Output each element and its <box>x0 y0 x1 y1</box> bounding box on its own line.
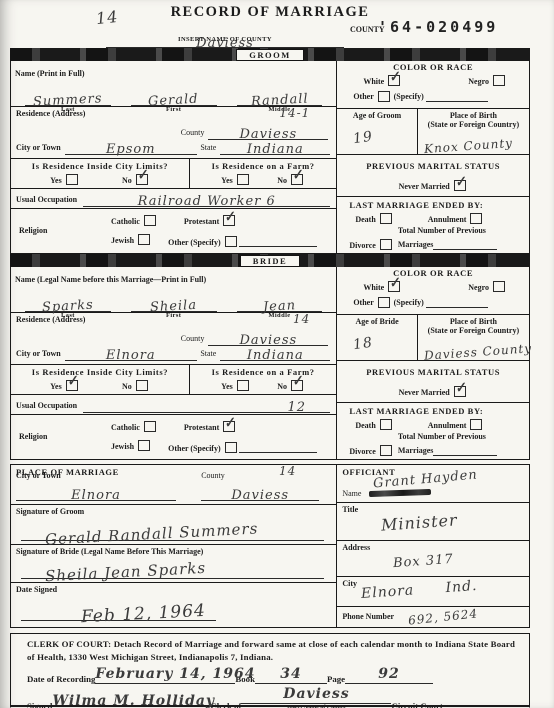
death-label: Death <box>355 215 375 224</box>
groom-signature-row: Signature of Groom Gerald Randall Summer… <box>11 505 336 545</box>
groom-jewish-checkbox <box>138 234 150 245</box>
bride-jewish-checkbox <box>138 440 150 451</box>
marriage-city-line: Elnora <box>16 487 176 501</box>
groom-state-value: Indiana <box>247 142 304 157</box>
color-or-race-header: COLOR OR RACE <box>337 269 529 278</box>
annulment-label: Annulment <box>428 215 467 224</box>
other-specify-label: Other (Specify) <box>168 238 221 247</box>
negro-label: Negro <box>468 283 489 292</box>
book-line: 34 <box>255 668 327 684</box>
state-label: State <box>200 143 216 152</box>
bride-signature-line: Sheila Jean Sparks <box>21 561 324 579</box>
bride-annulment-checkbox <box>470 419 482 430</box>
groom-city-line: Epsom <box>65 141 197 155</box>
groom-state-line: Indiana <box>220 141 330 155</box>
page-line: 92 <box>345 668 433 684</box>
bride-age-birth-row: Age of Bride 18 Place of Birth (State or… <box>337 315 529 361</box>
marriage-county-line: Daviess <box>201 487 319 501</box>
yes-label: Yes <box>50 176 62 185</box>
place-of-birth-sublabel: (State or Foreign Country) <box>418 327 529 336</box>
occupation-label: Usual Occupation <box>16 402 77 411</box>
county-label: County <box>181 128 205 137</box>
clerk-county-stack: Daviess Insert Name of County <box>241 688 391 708</box>
bride-other-race-line <box>426 294 488 308</box>
groom-religion-row: Religion Catholic Protestant ✓ Jewish Ot… <box>11 209 336 253</box>
no-label: No <box>122 382 132 391</box>
protestant-label: Protestant <box>184 217 219 226</box>
date-signed-line: Feb 12, 1964 <box>21 601 216 621</box>
groom-race-row: COLOR OR RACE White ✓ Negro Other (Speci… <box>337 61 529 109</box>
recording-date-value: February 14, 1964 <box>95 666 255 682</box>
date-signed-value: Feb 12, 1964 <box>81 603 207 627</box>
city-or-town-label: City or Town <box>16 471 61 480</box>
residence-label: Residence (Address) <box>16 110 85 119</box>
groom-first-name: Gerald <box>148 93 199 109</box>
page-label: Page <box>327 674 345 684</box>
last-marriage-header: LAST MARRIAGE ENDED BY: <box>349 407 521 416</box>
groom-signature: Gerald Randall Summers <box>45 521 259 547</box>
groom-other-religion-line <box>239 233 317 247</box>
city-or-town-label: City or Town <box>16 349 61 358</box>
catholic-label: Catholic <box>111 423 140 432</box>
signed-label: Signed <box>27 701 52 708</box>
phone-number-label: Phone Number <box>342 613 394 622</box>
groom-never-married-checkbox: ✓ <box>454 180 466 191</box>
recording-line: Date of Recording February 14, 1964 Book… <box>27 668 517 684</box>
white-label: White <box>363 283 384 292</box>
no-label: No <box>122 176 132 185</box>
marriage-section: PLACE OF MARRIAGE 14 City or Town Elnora… <box>10 464 530 628</box>
city-limits-question: Is Residence Inside City Limits? <box>15 368 185 377</box>
groom-other-religion-checkbox <box>225 236 237 247</box>
jewish-label: Jewish <box>111 236 134 245</box>
bride-state-value: Indiana <box>247 348 304 363</box>
date-signed-label: Date Signed <box>16 586 57 595</box>
clerk-signature-value: Wilma M. Holliday <box>52 693 215 708</box>
bride-residence-row: Residence (Address) 14 County Daviess Ci… <box>11 313 336 365</box>
book-value: 34 <box>280 666 301 682</box>
total-previous-label: Total Number of Previous <box>398 432 486 441</box>
signature-of-groom-label: Signature of Groom <box>16 508 84 517</box>
groom-occupation-value: Railroad Worker 6 <box>138 194 276 209</box>
groom-last-marriage-row: LAST MARRIAGE ENDED BY: Death Annulment … <box>337 197 529 253</box>
groom-divorce-checkbox <box>380 239 392 250</box>
other-specify-label: Other (Specify) <box>168 444 221 453</box>
bride-middle-name: Jean <box>263 299 297 314</box>
handwritten-county-number: 14 <box>95 9 119 27</box>
recording-date-line: February 14, 1964 <box>95 668 235 684</box>
city-or-town-label: City or Town <box>16 143 61 152</box>
place-of-birth-sublabel: (State or Foreign Country) <box>418 121 529 130</box>
bride-city-line: Elnora <box>65 347 197 361</box>
bride-birthplace-value: Daviess County <box>424 342 533 362</box>
bride-city-limits-no-checkbox <box>136 380 148 391</box>
bride-occupation-line: 12 <box>83 399 330 413</box>
groom-county-code: 14-1 <box>279 107 310 119</box>
officiant-title-row: Title Minister <box>337 503 529 541</box>
bride-state-line: Indiana <box>220 347 330 361</box>
signed-line: Signed Wilma M. Holliday Clerk of Davies… <box>27 688 517 708</box>
officiant-city-value: Elnora Ind. <box>361 579 478 601</box>
bride-religion-row: Religion Catholic Protestant ✓ Jewish Ot… <box>11 415 336 459</box>
officiant-name-row: OFFICIANT Grant Hayden Name <box>337 465 529 503</box>
officiant-address-value: Box 317 <box>393 553 454 570</box>
never-married-label: Never Married <box>399 388 450 397</box>
groom-catholic-checkbox <box>144 215 156 226</box>
bride-race-row: COLOR OR RACE White ✓ Negro Other (Speci… <box>337 267 529 315</box>
religion-label: Religion <box>11 209 83 253</box>
clerk-of-court-section: CLERK OF COURT: Detach Record of Marriag… <box>10 633 530 708</box>
color-or-race-header: COLOR OR RACE <box>337 63 529 72</box>
bride-bar-label: BRIDE <box>240 255 300 267</box>
specify-label: (Specify) <box>394 299 424 308</box>
bride-name-label: Name (Legal Name before this Marriage—Pr… <box>15 275 206 284</box>
groom-age-birth-row: Age of Groom 19 Place of Birth (State or… <box>337 109 529 155</box>
death-label: Death <box>355 421 375 430</box>
age-of-groom-label: Age of Groom <box>337 112 416 121</box>
officiant-title-label: Title <box>342 506 358 515</box>
groom-occupation-line: Railroad Worker 6 <box>83 193 330 207</box>
bride-divorce-checkbox <box>380 445 392 456</box>
farm-question: Is Residence on a Farm? <box>194 162 332 171</box>
previous-marital-status-header: PREVIOUS MARITAL STATUS <box>337 162 529 171</box>
bride-death-checkbox <box>380 419 392 430</box>
bride-city-limits-yes-checkbox: ✓ <box>66 380 78 391</box>
specify-label: (Specify) <box>394 93 424 102</box>
state-label: State <box>200 349 216 358</box>
scribbled-out-text <box>369 489 431 497</box>
officiant-title-value: Minister <box>381 512 459 533</box>
yes-label: Yes <box>50 382 62 391</box>
groom-age-value: 19 <box>337 123 418 148</box>
phone-number-value: 692, 5624 <box>408 607 479 626</box>
place-of-marriage-row: PLACE OF MARRIAGE 14 City or Town Elnora… <box>11 465 336 505</box>
officiant-address-label: Address <box>342 544 370 553</box>
farm-question: Is Residence on a Farm? <box>194 368 332 377</box>
insert-county-sublabel: Insert Name of County <box>241 705 391 708</box>
city-limits-question: Is Residence Inside City Limits? <box>15 162 185 171</box>
last-marriage-header: LAST MARRIAGE ENDED BY: <box>349 201 521 210</box>
catholic-label: Catholic <box>111 217 140 226</box>
divorce-label: Divorce <box>349 447 376 456</box>
bride-city-value: Elnora <box>106 348 156 363</box>
groom-death-checkbox <box>380 213 392 224</box>
bride-never-married-checkbox: ✓ <box>454 386 466 397</box>
officiant-address-row: Address Box 317 <box>337 541 529 577</box>
never-married-label: Never Married <box>399 182 450 191</box>
yes-label: Yes <box>221 176 233 185</box>
marriages-label: Marriages <box>398 446 434 455</box>
bride-age-value: 18 <box>337 329 418 354</box>
no-label: No <box>277 382 287 391</box>
groom-negro-checkbox <box>493 75 505 86</box>
groom-city-limits-yes-checkbox <box>66 174 78 185</box>
groom-protestant-checkbox: ✓ <box>223 215 235 226</box>
bride-name-row: Name (Legal Name before this Marriage—Pr… <box>11 267 336 313</box>
age-of-bride-label: Age of Bride <box>337 318 416 327</box>
groom-birthplace-value: Knox County <box>424 137 514 155</box>
bride-farm-no-checkbox: ✓ <box>291 380 303 391</box>
groom-white-checkbox: ✓ <box>388 75 400 86</box>
bride-occupation-value: 12 <box>287 400 306 415</box>
total-previous-label: Total Number of Previous <box>398 226 486 235</box>
groom-city-value: Epsom <box>106 142 156 157</box>
groom-other-race-checkbox <box>378 91 390 102</box>
groom-total-marriages-line <box>433 236 497 250</box>
clerk-signature-line: Wilma M. Holliday <box>52 695 210 708</box>
officiant-city-label: City <box>342 580 357 589</box>
groom-residence-questions: Is Residence Inside City Limits? Yes No … <box>11 159 336 189</box>
marriage-county-value: Daviess <box>231 488 289 503</box>
county-label: County <box>201 471 225 480</box>
annulment-label: Annulment <box>428 421 467 430</box>
groom-occupation-row: Usual Occupation Railroad Worker 6 <box>11 189 336 209</box>
bride-first-name: Sheila <box>150 299 198 314</box>
bride-negro-checkbox <box>493 281 505 292</box>
signature-of-bride-label: Signature of Bride (Legal Name Before Th… <box>16 548 203 557</box>
residence-label: Residence (Address) <box>16 316 85 325</box>
groom-marital-status-row: PREVIOUS MARITAL STATUS Never Married ✓ <box>337 155 529 197</box>
other-label: Other <box>353 299 373 308</box>
bride-total-marriages-line <box>433 442 497 456</box>
clerk-county-line: Daviess <box>241 688 391 704</box>
occupation-label: Usual Occupation <box>16 196 77 205</box>
divorce-label: Divorce <box>349 241 376 250</box>
groom-section: Name (Print in Full) Summers Gerald Rand… <box>10 61 530 254</box>
page-value: 92 <box>378 666 399 682</box>
religion-label: Religion <box>11 415 83 459</box>
clerk-of-label: Clerk of <box>210 701 241 708</box>
previous-marital-status-header: PREVIOUS MARITAL STATUS <box>337 368 529 377</box>
date-of-recording-label: Date of Recording <box>27 674 95 684</box>
marriages-label: Marriages <box>398 240 434 249</box>
negro-label: Negro <box>468 77 489 86</box>
clerk-heading: CLERK OF COURT: <box>27 639 111 649</box>
groom-residence-row: Residence (Address) 14-1 County Daviess … <box>11 107 336 159</box>
marriage-record-scan: RECORD OF MARRIAGE 14 Daviess COUNTY '64… <box>0 0 554 708</box>
other-label: Other <box>353 93 373 102</box>
date-signed-row: Date Signed Feb 12, 1964 <box>11 583 336 627</box>
groom-section-bar: GROOM <box>10 48 530 61</box>
form-header: RECORD OF MARRIAGE 14 Daviess COUNTY '64… <box>10 2 530 48</box>
bride-last-marriage-row: LAST MARRIAGE ENDED BY: Death Annulment … <box>337 403 529 459</box>
groom-other-race-line <box>426 88 488 102</box>
bride-signature: Sheila Jean Sparks <box>45 561 207 584</box>
bride-other-religion-line <box>239 439 317 453</box>
groom-farm-yes-checkbox <box>237 174 249 185</box>
bride-white-checkbox: ✓ <box>388 281 400 292</box>
circuit-court-label: Circuit Court <box>391 701 442 708</box>
clerk-county-value: Daviess <box>283 686 349 702</box>
bride-other-religion-checkbox <box>225 442 237 453</box>
record-number-stamp: '64-020499 <box>378 18 498 36</box>
bride-signature-row: Signature of Bride (Legal Name Before Th… <box>11 545 336 583</box>
bride-last-name: Sparks <box>42 299 94 315</box>
groom-farm-no-checkbox: ✓ <box>291 174 303 185</box>
groom-name-label: Name (Print in Full) <box>15 69 85 78</box>
insert-county-label: INSERT NAME OF COUNTY <box>140 36 310 43</box>
protestant-label: Protestant <box>184 423 219 432</box>
bride-section: Name (Legal Name before this Marriage—Pr… <box>10 267 530 460</box>
bride-occupation-row: Usual Occupation 12 <box>11 395 336 415</box>
jewish-label: Jewish <box>111 442 134 451</box>
groom-name-row: Name (Print in Full) Summers Gerald Rand… <box>11 61 336 107</box>
groom-annulment-checkbox <box>470 213 482 224</box>
bride-farm-yes-checkbox <box>237 380 249 391</box>
officiant-name-label: Name <box>342 490 361 499</box>
bride-county-code: 14 <box>293 313 310 325</box>
officiant-city-row: City Elnora Ind. <box>337 577 529 607</box>
groom-signature-line: Gerald Randall Summers <box>21 523 324 541</box>
bride-other-race-checkbox <box>378 297 390 308</box>
county-label: County <box>181 334 205 343</box>
marriage-city-value: Elnora <box>71 488 121 503</box>
bride-catholic-checkbox <box>144 421 156 432</box>
groom-city-limits-no-checkbox: ✓ <box>136 174 148 185</box>
bride-section-bar: BRIDE <box>10 254 530 267</box>
bride-marital-status-row: PREVIOUS MARITAL STATUS Never Married ✓ <box>337 361 529 403</box>
bride-residence-questions: Is Residence Inside City Limits? Yes ✓ N… <box>11 365 336 395</box>
no-label: No <box>277 176 287 185</box>
yes-label: Yes <box>221 382 233 391</box>
officiant-phone-row: Phone Number 692, 5624 <box>337 607 529 627</box>
bride-protestant-checkbox: ✓ <box>223 421 235 432</box>
white-label: White <box>363 77 384 86</box>
